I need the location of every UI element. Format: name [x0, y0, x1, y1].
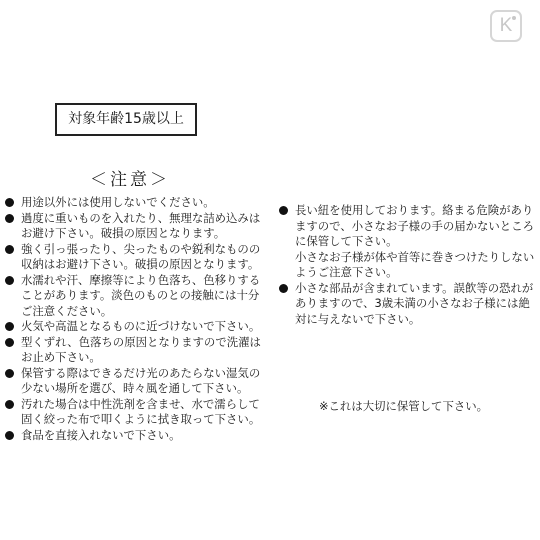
bullet-icon: [5, 322, 14, 331]
caution-item: 過度に重いものを入れたり、無理な詰め込みは お避け下さい。破損の原因となります。: [2, 211, 270, 242]
storage-note: ※これは大切に保管して下さい。: [319, 398, 488, 414]
caution-item-text: 型くずれ、色落ちの原因となりますので洗濯は お止め下さい。: [21, 335, 261, 365]
caution-item: 長い紐を使用しております。絡まる危険があり ますので、小さなお子様の手の届かない…: [276, 203, 538, 281]
bullet-icon: [5, 276, 14, 285]
bullet-icon: [5, 214, 14, 223]
bullet-icon: [5, 369, 14, 378]
caution-item: 用途以外には使用しないでください。: [2, 195, 270, 211]
k-logo-icon[interactable]: K: [490, 10, 522, 42]
caution-heading: ＜注意＞: [80, 168, 180, 192]
bullet-icon: [279, 284, 288, 293]
caution-item: 火気や高温となるものに近づけないで下さい。: [2, 319, 270, 335]
caution-item-text: 火気や高温となるものに近づけないで下さい。: [21, 319, 260, 333]
caution-item-text: 過度に重いものを入れたり、無理な詰め込みは お避け下さい。破損の原因となります。: [21, 211, 260, 241]
caution-item: 汚れた場合は中性洗剤を含ませ、水で濡らして 固く絞った布で叩くように拭き取って下…: [2, 397, 270, 428]
bullet-icon: [279, 206, 288, 215]
caution-item: 強く引っ張ったり、尖ったものや鋭利なものの 収納はお避け下さい。破損の原因となり…: [2, 242, 270, 273]
caution-item-text: 水濡れや汗、摩擦等により色落ち、色移りする ことがあります。淡色のものとの接触に…: [21, 273, 260, 318]
caution-item: 食品を直接入れないで下さい。: [2, 428, 270, 444]
caution-item: 保管する際はできるだけ光のあたらない湿気の 少ない場所を選び、時々風を通して下さ…: [2, 366, 270, 397]
bullet-icon: [5, 400, 14, 409]
bullet-icon: [5, 245, 14, 254]
caution-item-text: 小さな部品が含まれています。誤飲等の恐れが ありますので、3歳未満の小さなお子様…: [295, 281, 533, 326]
caution-item: 型くずれ、色落ちの原因となりますので洗濯は お止め下さい。: [2, 335, 270, 366]
caution-item-text: 食品を直接入れないで下さい。: [21, 428, 180, 442]
age-recommendation-label: 対象年齢15歳以上: [55, 103, 197, 136]
caution-item-text: 汚れた場合は中性洗剤を含ませ、水で濡らして 固く絞った布で叩くように拭き取って下…: [21, 397, 260, 427]
caution-item-text: 用途以外には使用しないでください。: [21, 195, 215, 209]
caution-item: 水濡れや汗、摩擦等により色落ち、色移りする ことがあります。淡色のものとの接触に…: [2, 273, 270, 320]
bullet-icon: [5, 431, 14, 440]
caution-item-text: 保管する際はできるだけ光のあたらない湿気の 少ない場所を選び、時々風を通して下さ…: [21, 366, 260, 396]
caution-item-text: 強く引っ張ったり、尖ったものや鋭利なものの 収納はお避け下さい。破損の原因となり…: [21, 242, 260, 272]
caution-item: 小さな部品が含まれています。誤飲等の恐れが ありますので、3歳未満の小さなお子様…: [276, 281, 538, 328]
caution-list-left: 用途以外には使用しないでください。 過度に重いものを入れたり、無理な詰め込みは …: [2, 195, 270, 443]
logo-dot: [512, 16, 516, 20]
bullet-icon: [5, 198, 14, 207]
caution-item-text: 長い紐を使用しております。絡まる危険があり ますので、小さなお子様の手の届かない…: [295, 203, 534, 279]
bullet-icon: [5, 338, 14, 347]
caution-list-right: 長い紐を使用しております。絡まる危険があり ますので、小さなお子様の手の届かない…: [276, 203, 538, 327]
